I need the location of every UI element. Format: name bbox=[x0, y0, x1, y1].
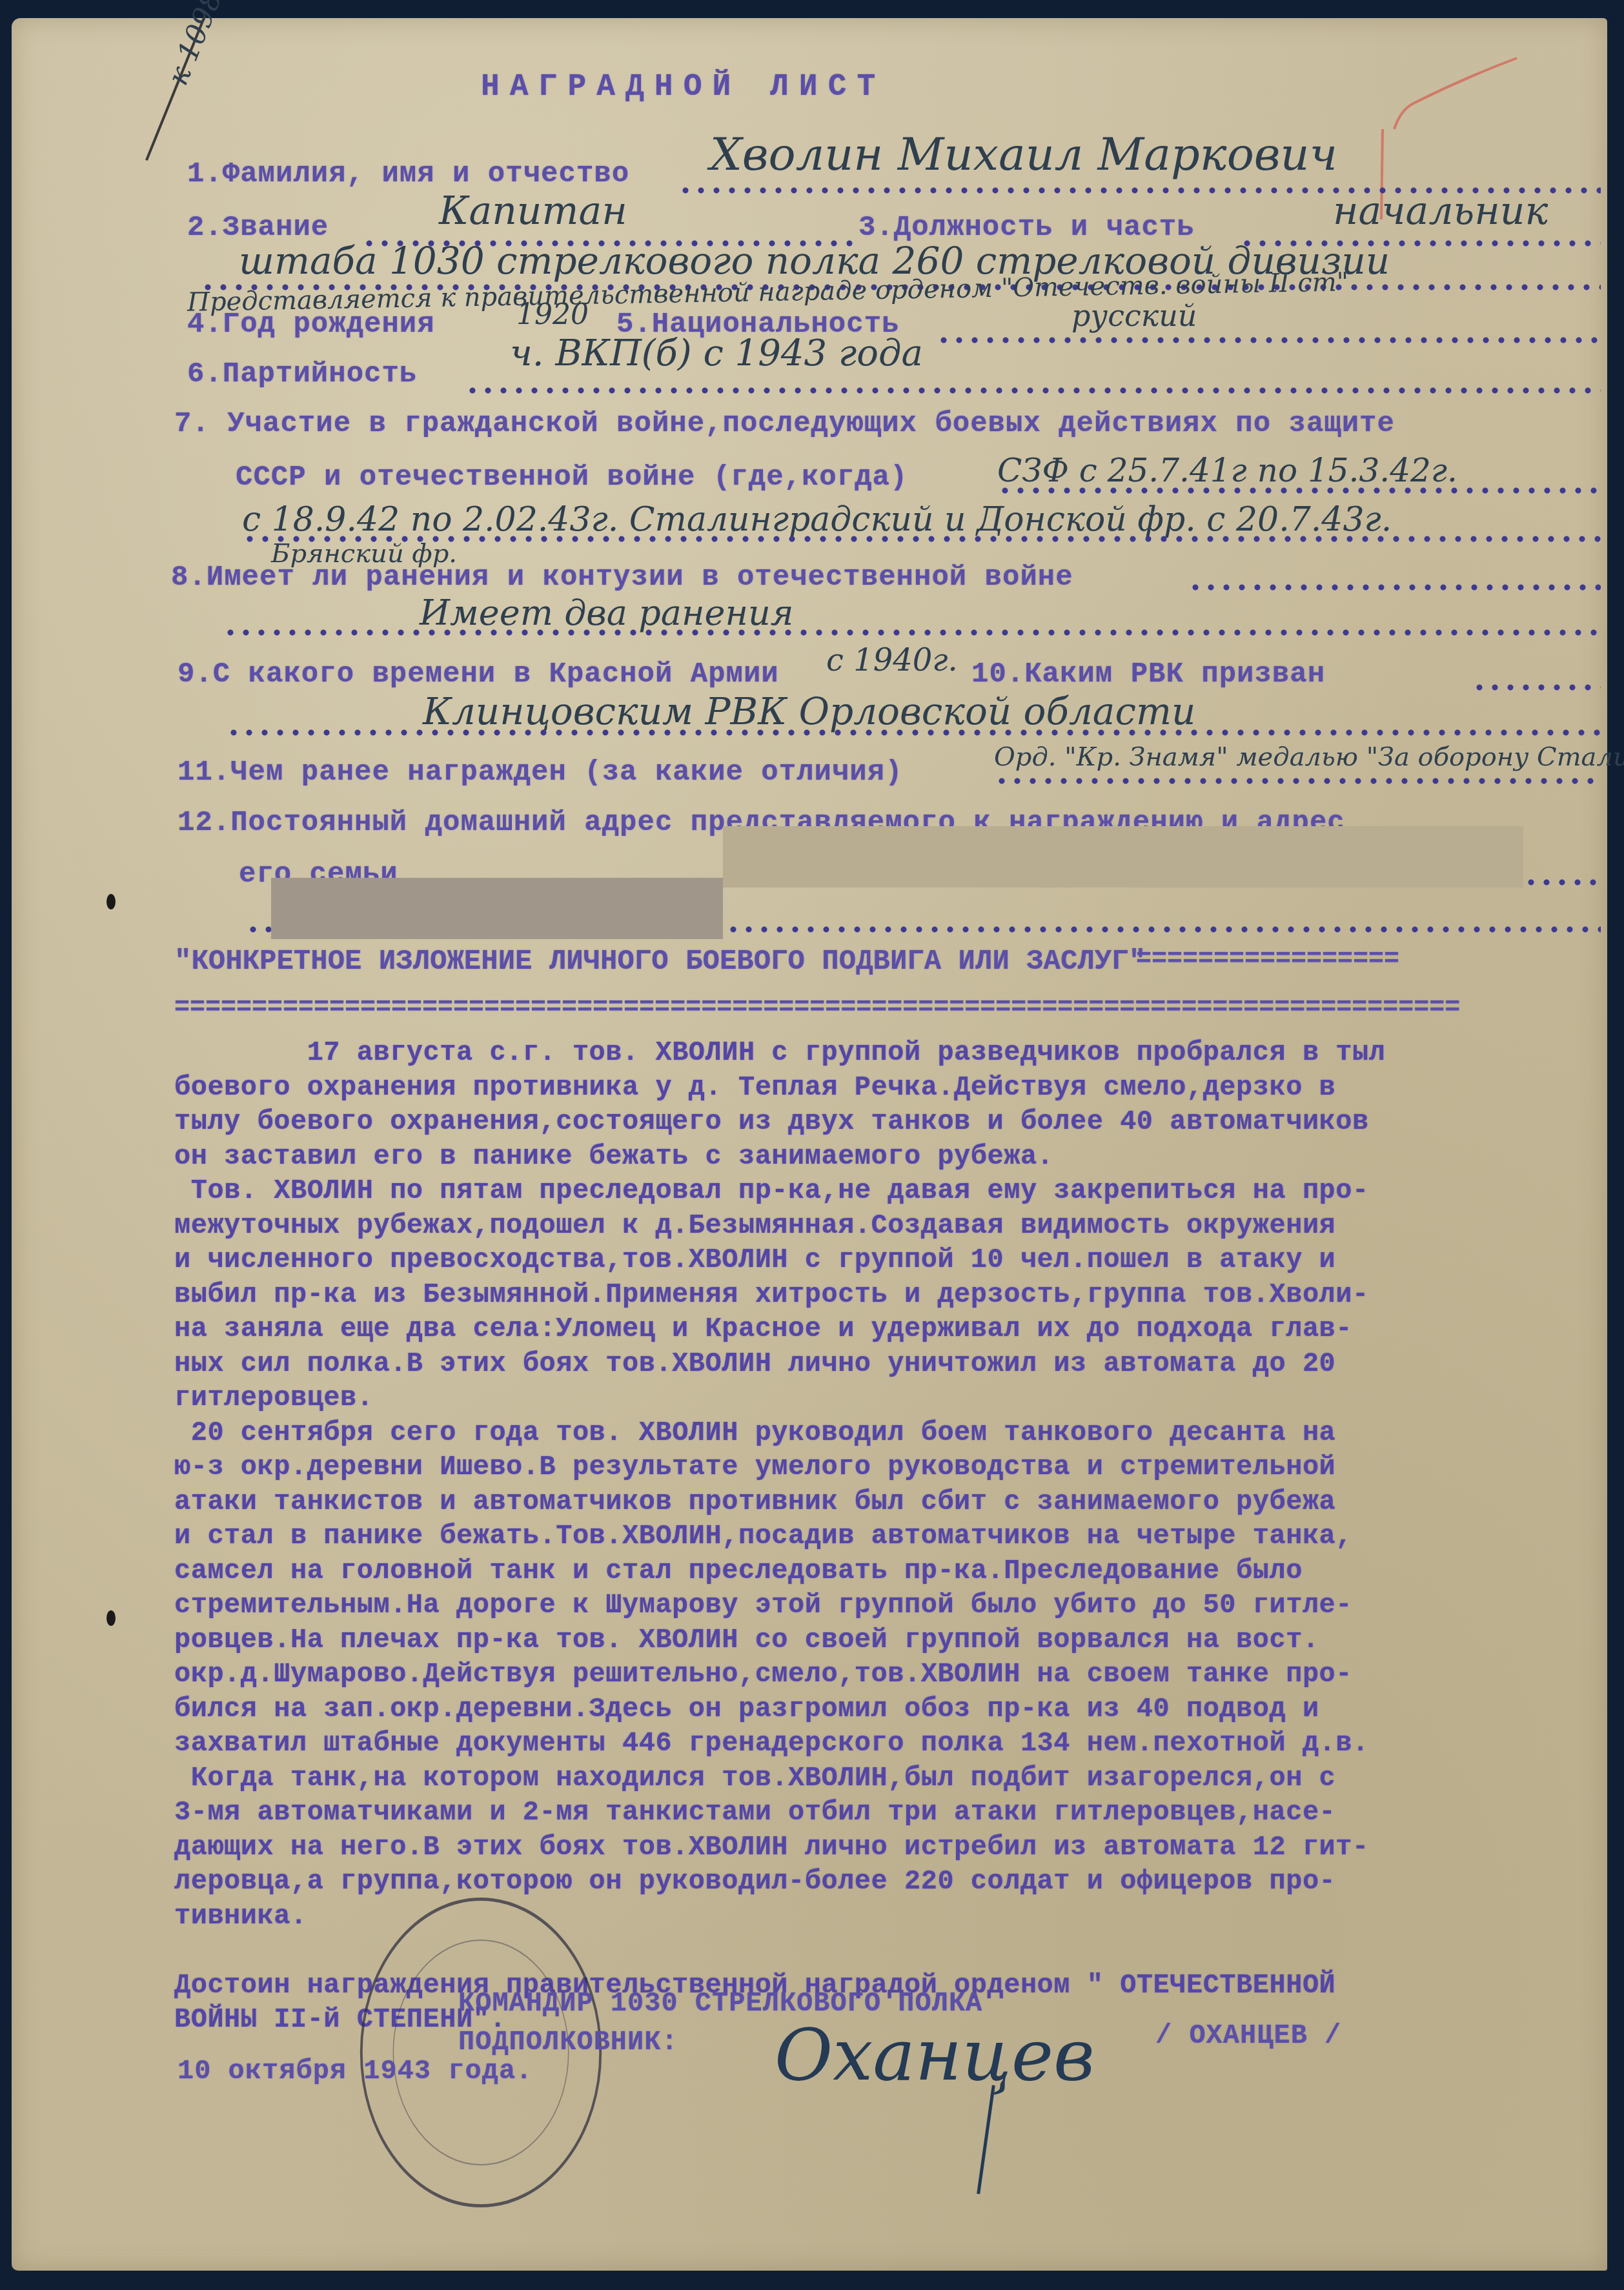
narrative-line: 20 сентября сего года тов. ХВОЛИН руково… bbox=[174, 1416, 1614, 1451]
narrative-line: Когда танк,на котором находился тов.ХВОЛ… bbox=[174, 1761, 1614, 1796]
narrative-line: выбил пр-ка из Безымянной.Применяя хитро… bbox=[174, 1278, 1614, 1313]
narrative-line: окр.д.Шумарово.Действуя решительно,смело… bbox=[174, 1657, 1614, 1692]
narrative-line: боевого охранения противника у д. Теплая… bbox=[174, 1071, 1614, 1106]
punch-mark bbox=[107, 1610, 116, 1626]
field-8-value: Имеет два ранения bbox=[420, 593, 794, 633]
field-11-label: 11.Чем ранее награжден (за какие отличия… bbox=[178, 756, 903, 789]
field-8-dots-2 bbox=[223, 629, 1601, 636]
narrative-line: самсел на головной танк и стал преследов… bbox=[174, 1554, 1614, 1589]
narrative-line: Тов. ХВОЛИН по пятам преследовал пр-ка,н… bbox=[174, 1174, 1614, 1209]
field-11-dots bbox=[994, 778, 1601, 784]
heading-rule-top: ================= bbox=[1136, 946, 1399, 975]
field-3-value: начальник bbox=[1333, 188, 1548, 234]
field-7-label-line1: 7. Участие в гражданской войне,последующ… bbox=[174, 408, 1395, 440]
narrative-line: дающих на него.В этих боях тов.ХВОЛИН ли… bbox=[174, 1830, 1614, 1865]
field-4-label: 4.Год рождения bbox=[187, 309, 435, 341]
narrative-line: атаки танкистов и автоматчиков противник… bbox=[174, 1485, 1614, 1520]
field-10-dots-2 bbox=[226, 729, 1601, 736]
field-7-label-line2: СССР и отечественной войне (где,когда) bbox=[236, 461, 908, 494]
narrative-line: стремительным.На дороге к Шумарову этой … bbox=[174, 1588, 1614, 1623]
document-date: 10 октября 1943 года. bbox=[178, 2056, 533, 2087]
narrative-line: он заставил его в панике бежать с занима… bbox=[174, 1140, 1614, 1175]
field-1-label: 1.Фамилия, имя и отчество bbox=[187, 158, 629, 190]
narrative-line: захватил штабные документы 446 гренадерс… bbox=[174, 1727, 1614, 1761]
field-8-dots-1 bbox=[1188, 584, 1601, 591]
narrative-line: межуточных рубежах,подошел к д.Безымянна… bbox=[174, 1209, 1614, 1244]
redacted-address-block-2 bbox=[271, 878, 723, 939]
redacted-address-block bbox=[723, 826, 1523, 887]
field-12-dots-1 bbox=[1523, 879, 1601, 886]
narrative-line: и численного превосходства,тов.ХВОЛИН с … bbox=[174, 1243, 1614, 1278]
field-7-value-line2: с 18.9.42 по 2.02.43г. Сталинградский и … bbox=[242, 500, 1392, 539]
field-9-label: 9.С какого времени в Красной Армии bbox=[178, 658, 779, 691]
signer-name: / ОХАНЦЕВ / bbox=[1155, 2020, 1341, 2051]
field-9-value: с 1940г. bbox=[826, 642, 958, 678]
field-6-dots bbox=[465, 387, 1601, 394]
field-11-value: Орд. "Кр. Знамя" медалью "За оборону Ста… bbox=[994, 742, 1624, 772]
field-10-label: 10.Каким РВК призван bbox=[971, 658, 1325, 691]
narrative-line: 3-мя автоматчиками и 2-мя танкистами отб… bbox=[174, 1796, 1614, 1830]
narrative-text: 17 августа с.г. тов. ХВОЛИН с группой ра… bbox=[174, 1036, 1614, 2038]
narrative-line: леровца,а группа,которою он руководил-бо… bbox=[174, 1865, 1614, 1900]
field-4-5-dots bbox=[936, 337, 1601, 343]
field-6-value: ч. ВКП(б) с 1943 года bbox=[510, 332, 923, 374]
field-1-value: Хволин Михаил Маркович bbox=[710, 128, 1337, 181]
section-heading: "КОНКРЕТНОЕ ИЗЛОЖЕНИЕ ЛИЧНОГО БОЕВОГО ПО… bbox=[174, 946, 1146, 978]
signature-title-line2: ПОДПОЛКОВНИК: bbox=[458, 2027, 678, 2058]
narrative-line: бился на зап.окр.деревни.Здесь он разгро… bbox=[174, 1692, 1614, 1727]
field-7-dots-1 bbox=[997, 487, 1601, 494]
field-10-value: Клинцовским РВК Орловской области bbox=[423, 689, 1195, 733]
narrative-line: тылу боевого охранения,состоящего из дву… bbox=[174, 1105, 1614, 1140]
document-title: НАГРАДНОЙ ЛИСТ bbox=[481, 70, 886, 105]
commander-signature: Оханцев bbox=[775, 2014, 1095, 2096]
field-4-value: 1920 bbox=[516, 298, 589, 331]
field-5-value: русский bbox=[1071, 298, 1197, 333]
narrative-line: и стал в панике бежать.Тов.ХВОЛИН,посади… bbox=[174, 1519, 1614, 1554]
field-7-value-line1: СЗФ с 25.7.41г по 15.3.42г. bbox=[997, 452, 1457, 489]
narrative-line: ровцев.На плечах пр-ка тов. ХВОЛИН со св… bbox=[174, 1623, 1614, 1658]
narrative-line: на заняла еще два села:Уломец и Красное … bbox=[174, 1312, 1614, 1347]
punch-mark bbox=[107, 894, 116, 909]
narrative-line: ю-з окр.деревни Ишево.В результате умело… bbox=[174, 1450, 1614, 1485]
field-6-label: 6.Партийность bbox=[187, 358, 417, 390]
narrative-line: 17 августа с.г. тов. ХВОЛИН с группой ра… bbox=[174, 1036, 1614, 1071]
field-8-label: 8.Имеет ли ранения и контузии в отечеств… bbox=[171, 562, 1073, 594]
field-2-value: Капитан bbox=[439, 188, 627, 234]
narrative-line: тивника. bbox=[174, 1900, 1614, 1934]
narrative-line: ных сил полка.В этих боях тов.ХВОЛИН лич… bbox=[174, 1347, 1614, 1382]
heading-rule-bottom: ========================================… bbox=[174, 994, 1460, 1023]
field-10-dots-1 bbox=[1472, 684, 1601, 691]
narrative-line: гитлеровцев. bbox=[174, 1381, 1614, 1416]
